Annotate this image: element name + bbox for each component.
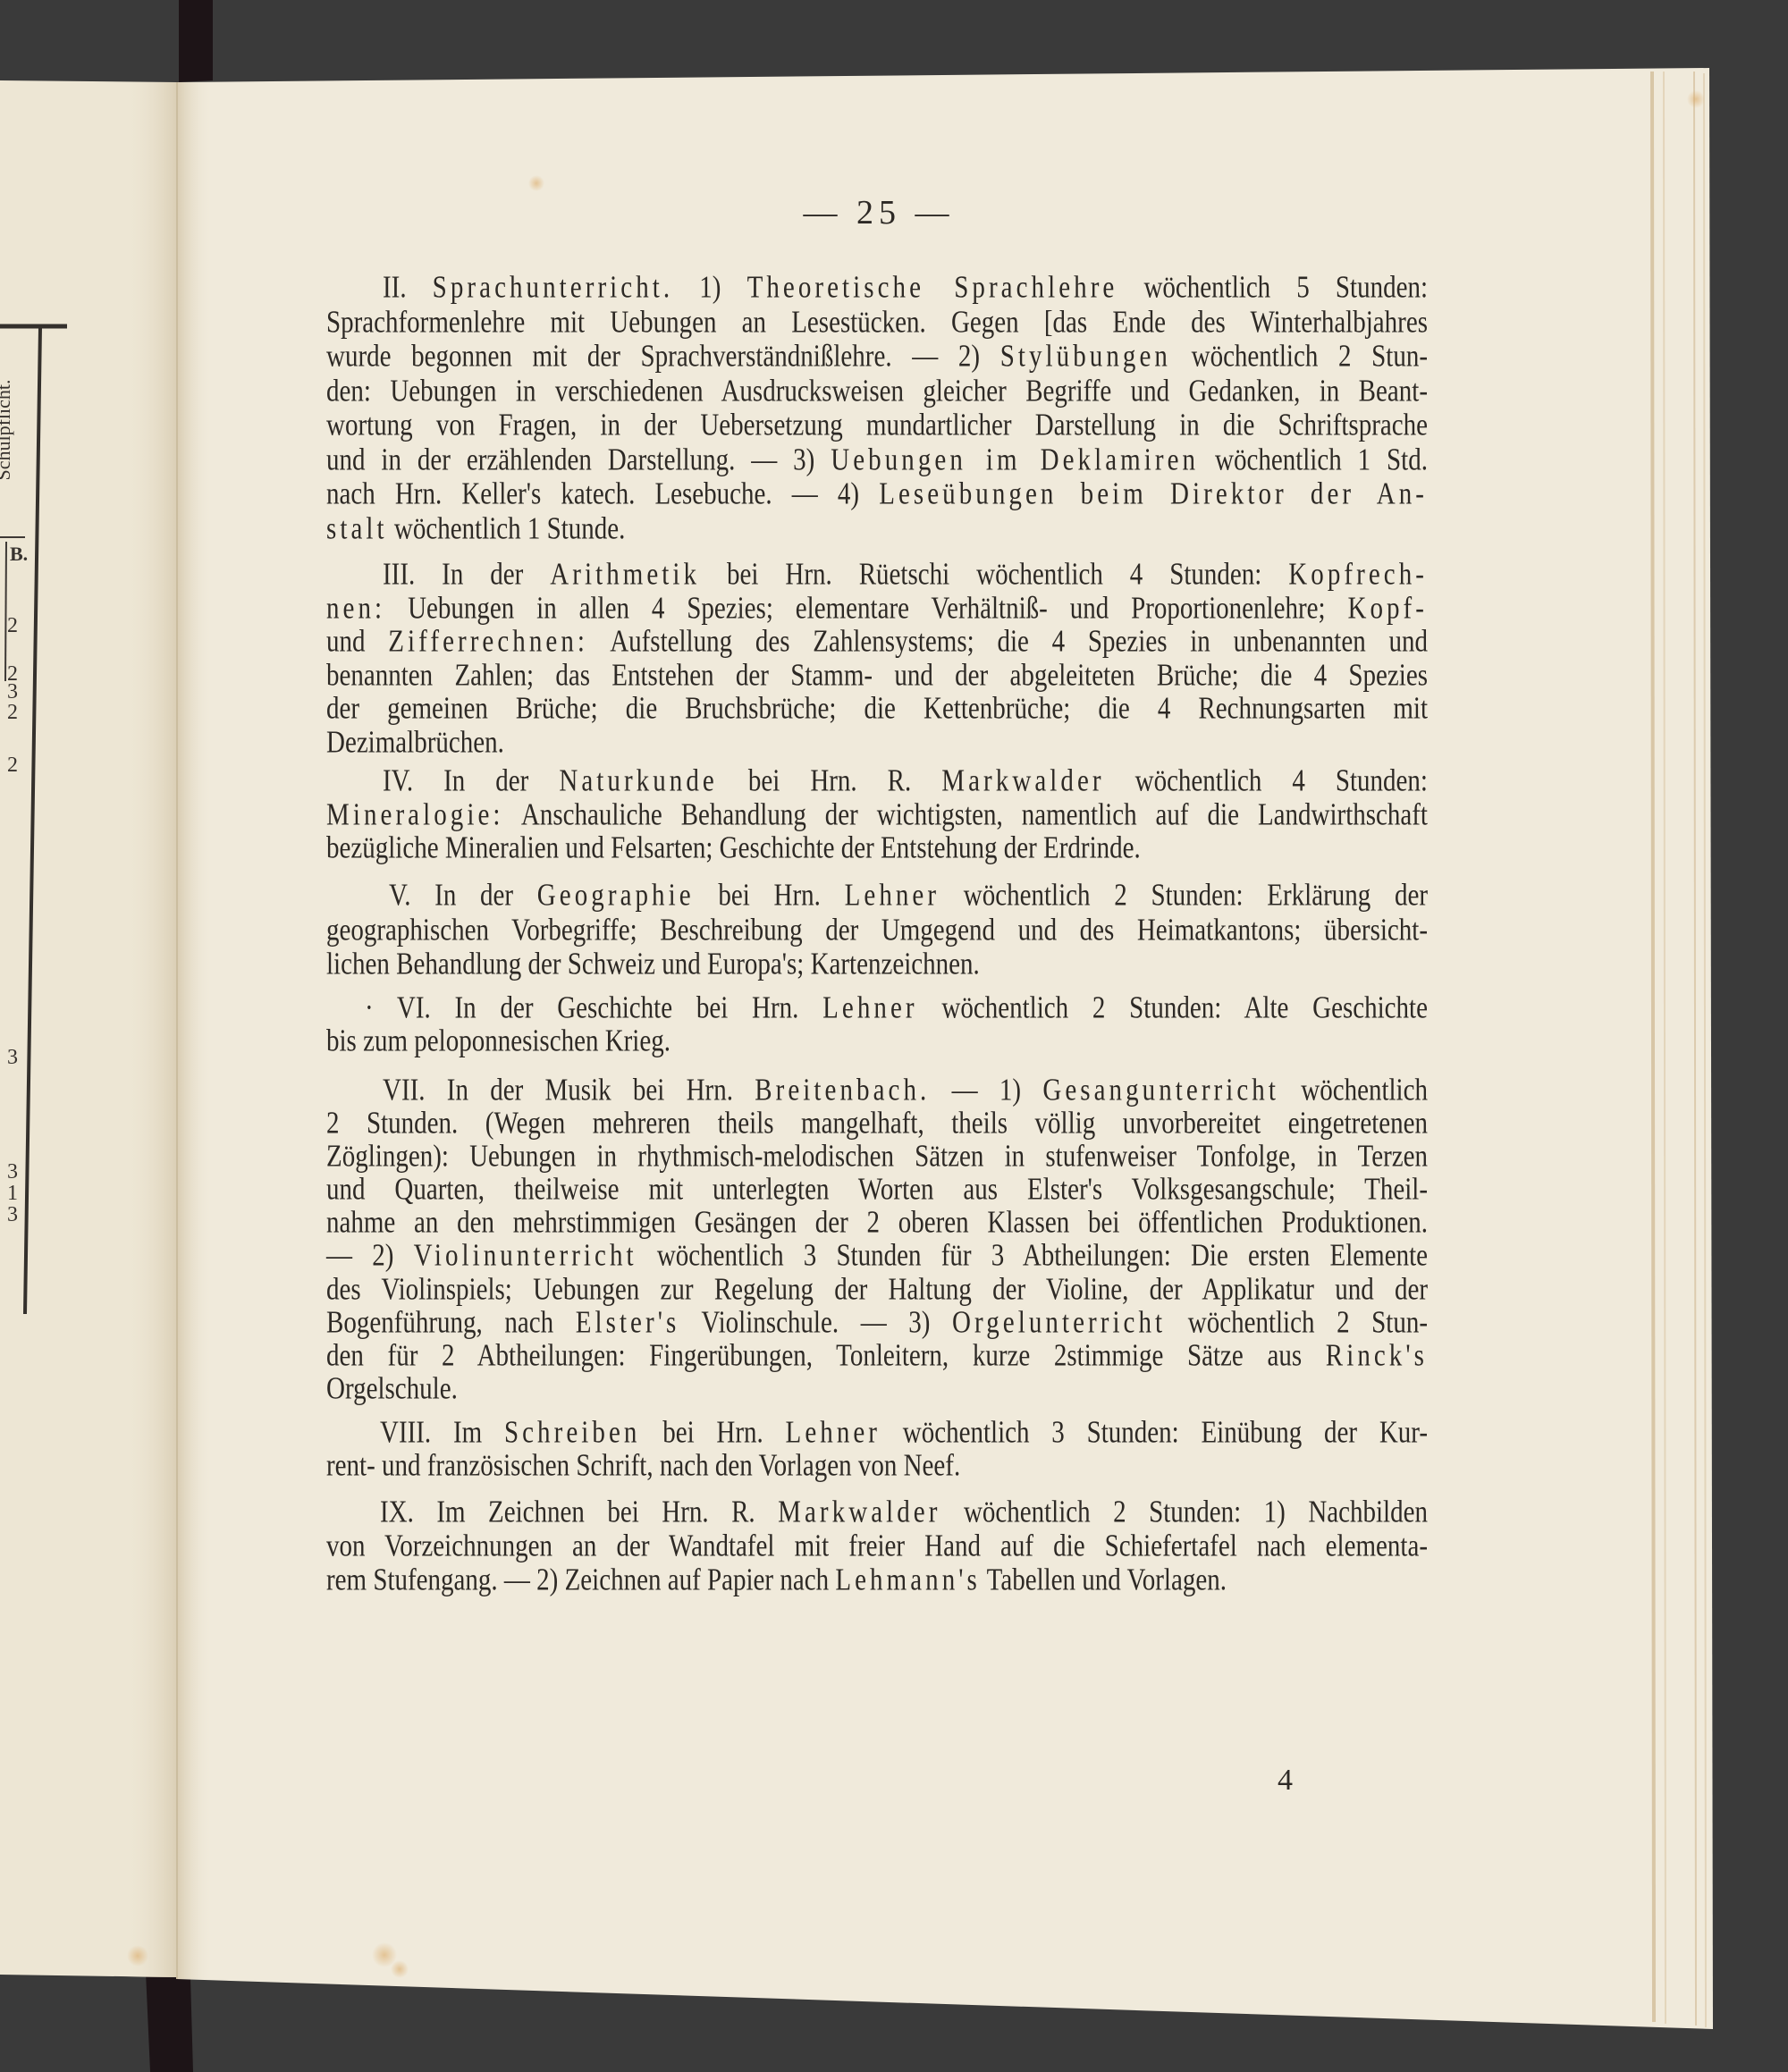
spaced-emphasis-run: nen: — [326, 591, 385, 625]
spaced-emphasis-run: Lehner — [822, 990, 917, 1024]
spaced-emphasis-run: Uebungen im Deklamiren — [831, 442, 1199, 476]
spaced-emphasis-run: Stylübungen — [1000, 339, 1171, 373]
column-value: 2 — [7, 702, 18, 723]
spaced-emphasis-run: Elster's — [576, 1305, 680, 1339]
spaced-emphasis-run: Kopfrech- — [1288, 557, 1428, 591]
text-run: wöchentlich — [1279, 1073, 1428, 1107]
text-run: lichen Behandlung der Schweiz und Europa… — [326, 947, 980, 981]
right-gutter-shade — [177, 82, 213, 1979]
text-run: wöchentlich 2 Stunden: 1) Nachbilden — [940, 1495, 1428, 1529]
column-value: 3 — [7, 1047, 18, 1068]
spine-bottom — [146, 1972, 193, 2072]
text-run: wöchentlich 2 Stun- — [1171, 339, 1428, 373]
spaced-emphasis-run: Arithmetik — [550, 557, 700, 591]
rotated-column-header: Schulpflicht. — [0, 372, 14, 488]
spine-top — [179, 0, 213, 82]
text-run: wurde begonnen mit der Sprachverständniß… — [326, 339, 1000, 373]
column-value: 2 — [7, 754, 18, 776]
text-run: den: Uebungen in verschiedenen Ausdrucks… — [326, 374, 1428, 408]
table-column-rule — [5, 542, 6, 681]
text-run: — 2) — [326, 1239, 414, 1273]
text-run: nach Hrn. Keller's katech. Lesebuche. — … — [326, 476, 879, 510]
spaced-emphasis-run: Violinunterricht — [414, 1239, 637, 1273]
foxing-spot — [528, 175, 544, 191]
text-run: nahme an den mehrstimmigen Gesängen der … — [326, 1206, 1428, 1240]
text-run: den für 2 Abtheilungen: Fingerübungen, T… — [326, 1338, 1326, 1372]
text-run: rent- und französischen Schrift, nach de… — [326, 1448, 960, 1482]
column-value: 1 — [7, 1183, 18, 1204]
text-line: stalt wöchentlich 1 Stunde. — [326, 508, 1428, 549]
text-run: rem Stufengang. — 2) Zeichnen auf Papier… — [326, 1562, 835, 1596]
spaced-emphasis-run: Kopf- — [1347, 591, 1428, 625]
text-run: 2 Stunden. (Wegen mehreren theils mangel… — [326, 1106, 1428, 1140]
text-run: des Violinspiels; Uebungen zur Regelung … — [326, 1272, 1428, 1306]
section-IV-naturkunde: IV. In der Naturkunde bei Hrn. R. Markwa… — [326, 765, 1428, 866]
text-run: IV. In der — [383, 763, 559, 797]
column-value: 2 — [7, 615, 18, 636]
text-run: · VI. In der Geschichte bei Hrn. — [365, 990, 822, 1024]
text-line: rem Stufengang. — 2) Zeichnen auf Papier… — [326, 1560, 1428, 1601]
spaced-emphasis-run: Naturkunde — [559, 763, 718, 797]
text-run: IX. Im Zeichnen bei Hrn. R. — [380, 1495, 778, 1529]
section-II-sprachunterricht: II. Sprachunterricht. 1) Theoretische Sp… — [326, 271, 1428, 546]
text-run: Aufstellung des Zahlensystems; die 4 Spe… — [588, 624, 1428, 658]
text-run: und — [326, 624, 388, 658]
foxing-spot — [127, 1945, 148, 1967]
text-run: wöchentlich 5 Stunden: — [1117, 270, 1428, 304]
signature-mark: 4 — [1278, 1763, 1293, 1798]
spaced-emphasis-run: Gesangunterricht — [1042, 1073, 1279, 1107]
spaced-emphasis-run: Lehner — [786, 1415, 881, 1449]
section-VIII-schreiben: VIII. Im Schreiben bei Hrn. Lehner wöche… — [326, 1417, 1428, 1483]
text-run: wöchentlich 2 Stunden: Erklärung der — [940, 878, 1428, 912]
spaced-emphasis-run: Lehmann's — [835, 1562, 981, 1596]
text-line: Orgelschule. — [326, 1369, 1428, 1410]
spaced-emphasis-run: Mineralogie: — [326, 797, 504, 831]
text-run: Anschauliche Behandlung der wichtigsten,… — [504, 797, 1428, 831]
section-VII-musik: VII. In der Musik bei Hrn. Breitenbach. … — [326, 1074, 1428, 1406]
text-line: bis zum peloponnesischen Krieg. — [326, 1022, 1428, 1061]
text-run: Zöglingen): Uebungen in rhythmisch-melod… — [326, 1140, 1428, 1174]
text-run: bezügliche Mineralien und Felsarten; Ges… — [326, 830, 1141, 864]
text-run: Uebungen in allen 4 Spezies; elementare … — [385, 591, 1347, 625]
text-run: Bogenführung, nach — [326, 1305, 576, 1339]
text-run: bei Hrn. Rüetschi wöchentlich 4 Stunden: — [700, 557, 1288, 591]
text-run: Orgelschule. — [326, 1371, 458, 1405]
spaced-emphasis-run: Theoretische Sprachlehre — [747, 270, 1118, 304]
spaced-emphasis-run: Breitenbach. — [755, 1073, 930, 1107]
text-line: lichen Behandlung der Schweiz und Europa… — [326, 944, 1428, 985]
section-III-arithmetik: III. In der Arithmetik bei Hrn. Rüetschi… — [326, 559, 1428, 761]
spaced-emphasis-run: Orgelunterricht — [952, 1305, 1166, 1339]
text-run: wöchentlich 2 Stunden: Alte Geschichte — [918, 990, 1428, 1024]
spaced-emphasis-run: Markwalder — [778, 1495, 940, 1529]
spaced-emphasis-run: Rinck's — [1326, 1338, 1428, 1372]
text-run: wöchentlich 3 Stunden für 3 Abtheilungen… — [637, 1239, 1428, 1273]
spaced-emphasis-run: Schreiben — [504, 1415, 641, 1449]
column-value: 3 — [7, 681, 18, 703]
text-line: rent- und französischen Schrift, nach de… — [326, 1446, 1428, 1486]
column-header: B. — [10, 543, 28, 566]
text-run: benannten Zahlen; das Entstehen der Stam… — [326, 658, 1428, 692]
leaf-edge — [1652, 72, 1654, 2022]
spaced-emphasis-run: Markwalder — [941, 763, 1104, 797]
column-value: 3 — [7, 1161, 18, 1183]
section-IX-zeichnen: IX. Im Zeichnen bei Hrn. R. Markwalder w… — [326, 1495, 1428, 1597]
text-run: von Vorzeichnungen an der Wandtafel mit … — [326, 1529, 1428, 1562]
text-run: wöchentlich 1 Std. — [1199, 442, 1428, 476]
text-run: V. In der — [389, 878, 537, 912]
text-run: III. In der — [383, 557, 550, 591]
spaced-emphasis-run: Geographie — [537, 878, 695, 912]
text-run: bei Hrn. — [640, 1415, 785, 1449]
spaced-emphasis-run: Leseübungen beim Direktor der An- — [879, 476, 1428, 510]
text-run: bei Hrn. — [695, 878, 845, 912]
text-run: wöchentlich 1 Stunde. — [388, 511, 626, 545]
text-line: Dezimalbrüchen. — [326, 723, 1428, 763]
text-run: geographischen Vorbegriffe; Beschreibung… — [326, 913, 1428, 947]
text-run: Violinschule. — 3) — [679, 1305, 952, 1339]
scanned-book-spread: Schulpflicht. B. 2 2 3 2 2 3 3 1 3 — 25 … — [0, 0, 1788, 2072]
left-gutter-shade — [125, 82, 177, 1977]
spaced-emphasis-run: Zifferrechnen: — [388, 624, 588, 658]
text-run: wöchentlich 3 Stunden: Einübung der Kur- — [881, 1415, 1428, 1449]
spaced-emphasis-run: Sprachunterricht. — [433, 270, 674, 304]
text-line: bezügliche Mineralien und Felsarten; Ges… — [326, 829, 1428, 869]
text-run: Tabellen und Vorlagen. — [981, 1562, 1227, 1596]
text-run: Dezimalbrüchen. — [326, 725, 504, 759]
text-run: Sprachformenlehre mit Uebungen an Lesest… — [326, 305, 1428, 339]
text-run: II. — [383, 270, 433, 304]
text-run: und Quarten, theilweise mit unterlegten … — [326, 1173, 1428, 1207]
text-run: bei Hrn. R. — [718, 763, 941, 797]
text-run: VIII. Im — [380, 1415, 504, 1449]
column-value: 3 — [7, 1204, 18, 1226]
text-run: 1) — [673, 270, 746, 304]
text-run: und in der erzählenden Darstellung. — 3) — [326, 442, 831, 476]
text-run: der gemeinen Brüche; die Bruchsbrüche; d… — [326, 692, 1428, 726]
text-run: wöchentlich 2 Stun- — [1166, 1305, 1428, 1339]
spaced-emphasis-run: stalt — [326, 511, 388, 545]
text-run: wortung von Fragen, in der Uebersetzung … — [326, 408, 1428, 442]
text-run: VII. In der Musik bei Hrn. — [383, 1073, 755, 1107]
text-run: — 1) — [930, 1073, 1042, 1107]
section-VI-geschichte: · VI. In der Geschichte bei Hrn. Lehner … — [326, 992, 1428, 1058]
text-run: wöchentlich 4 Stunden: — [1105, 763, 1428, 797]
spaced-emphasis-run: Lehner — [845, 878, 940, 912]
foxing-spot — [391, 1960, 409, 1978]
text-run: bis zum peloponnesischen Krieg. — [326, 1023, 670, 1057]
page-number: — 25 — — [745, 191, 1013, 234]
foxing-spot — [1687, 90, 1705, 108]
section-V-geographie: V. In der Geographie bei Hrn. Lehner wöc… — [326, 879, 1428, 982]
